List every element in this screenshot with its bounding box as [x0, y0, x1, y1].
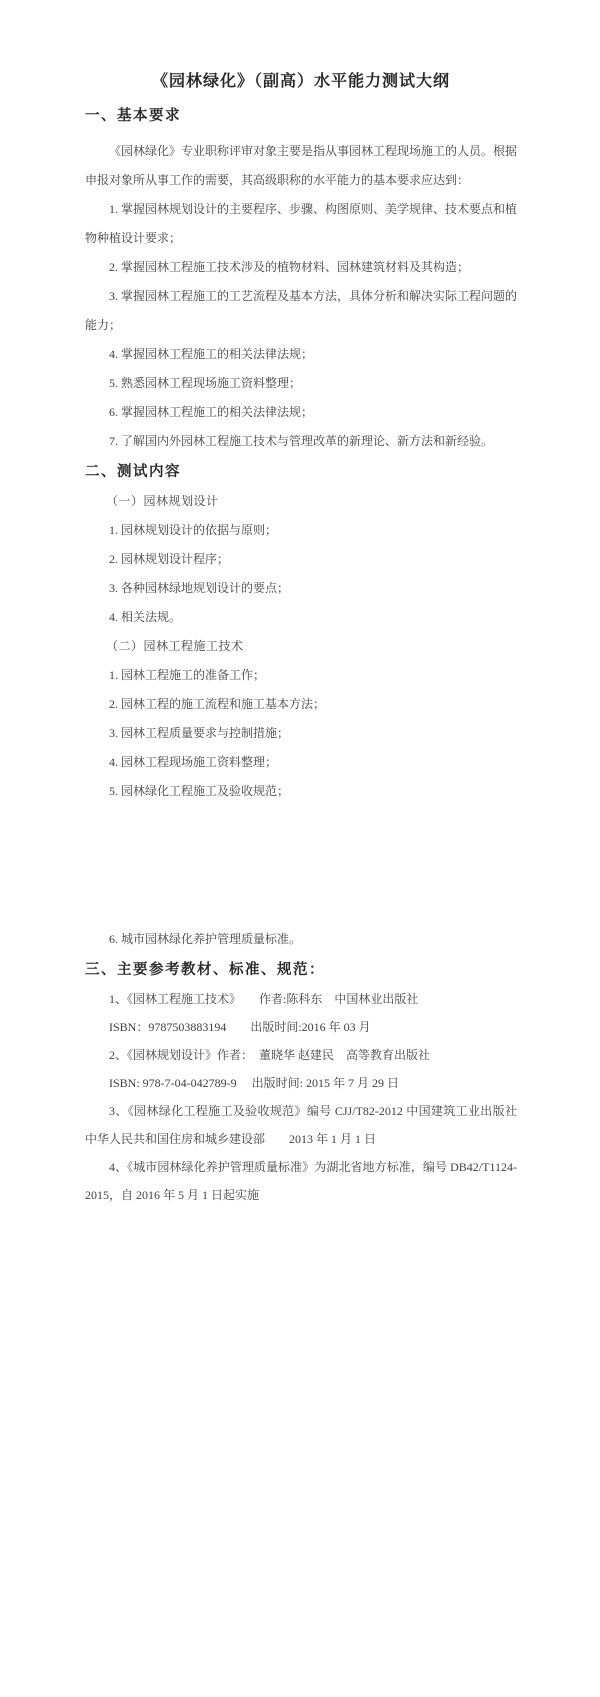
section-test-content: 二、测试内容 （一）园林规划设计 1. 园林规划设计的依据与原则； 2. 园林规… [85, 458, 517, 954]
requirement-item: 5. 熟悉园林工程现场施工资料整理； [85, 369, 517, 398]
section-heading-references: 三、主要参考教材、标准、规范： [85, 956, 517, 985]
reference-isbn-line: ISBN：9787503883194 出版时间:2016 年 03 月 [85, 1013, 517, 1041]
test-item: 2. 园林规划设计程序； [85, 545, 517, 574]
reference-entry: 2、《园林规划设计》作者： 董晓华 赵建民 高等教育出版社 [85, 1041, 517, 1069]
reference-entry: 1、《园林工程施工技术》 作者:陈科东 中国林业出版社 [85, 985, 517, 1013]
section-heading-basic-requirements: 一、基本要求 [85, 102, 517, 131]
document-title: 《园林绿化》（副高）水平能力测试大纲 [85, 70, 517, 94]
subsection-heading-planning-design: （一）园林规划设计 [85, 487, 517, 516]
requirement-item: 3. 掌握园林工程施工的工艺流程及基本方法，具体分析和解决实际工程问题的能力； [85, 282, 517, 340]
reference-entry: 3、《园林绿化工程施工及验收规范》编号 CJJ/T82-2012 中国建筑工业出… [85, 1097, 517, 1153]
requirement-item: 4. 掌握园林工程施工的相关法律法规； [85, 340, 517, 369]
test-item: 4. 相关法规。 [85, 603, 517, 632]
subsection-heading-construction-technique: （二）园林工程施工技术 [85, 632, 517, 661]
test-item: 3. 园林工程质量要求与控制措施； [85, 719, 517, 748]
document-page: 《园林绿化》（副高）水平能力测试大纲 一、基本要求 《园林绿化》专业职称评审对象… [0, 0, 600, 1697]
reference-entry: 4、《城市园林绿化养护管理质量标准》为湖北省地方标准，编号 DB42/T1124… [85, 1153, 517, 1209]
section-basic-requirements: 一、基本要求 《园林绿化》专业职称评审对象主要是指从事园林工程现场施工的人员。根… [85, 102, 517, 456]
requirement-item: 6. 掌握园林工程施工的相关法律法规； [85, 398, 517, 427]
requirement-item: 7. 了解国内外园林工程施工技术与管理改革的新理论、新方法和新经验。 [85, 427, 517, 456]
requirement-item: 1. 掌握园林规划设计的主要程序、步骤、构图原则、美学规律、技术要点和植物种植设… [85, 195, 517, 253]
test-item: 2. 园林工程的施工流程和施工基本方法； [85, 690, 517, 719]
section-heading-test-content: 二、测试内容 [85, 458, 517, 487]
section-references: 三、主要参考教材、标准、规范： 1、《园林工程施工技术》 作者:陈科东 中国林业… [85, 956, 517, 1209]
requirement-item: 2. 掌握园林工程施工技术涉及的植物材料、园林建筑材料及其构造； [85, 253, 517, 282]
test-item: 1. 园林规划设计的依据与原则； [85, 516, 517, 545]
test-item: 6. 城市园林绿化养护管理质量标准。 [85, 925, 517, 954]
test-item: 1. 园林工程施工的准备工作； [85, 661, 517, 690]
page-break-gap [85, 806, 517, 925]
test-item: 5. 园林绿化工程施工及验收规范； [85, 777, 517, 806]
test-item: 4. 园林工程现场施工资料整理； [85, 748, 517, 777]
test-item: 3. 各种园林绿地规划设计的要点； [85, 574, 517, 603]
basic-intro-paragraph: 《园林绿化》专业职称评审对象主要是指从事园林工程现场施工的人员。根据申报对象所从… [85, 137, 517, 195]
reference-isbn-line: ISBN: 978-7-04-042789-9 出版时间: 2015 年 7 月… [85, 1069, 517, 1097]
